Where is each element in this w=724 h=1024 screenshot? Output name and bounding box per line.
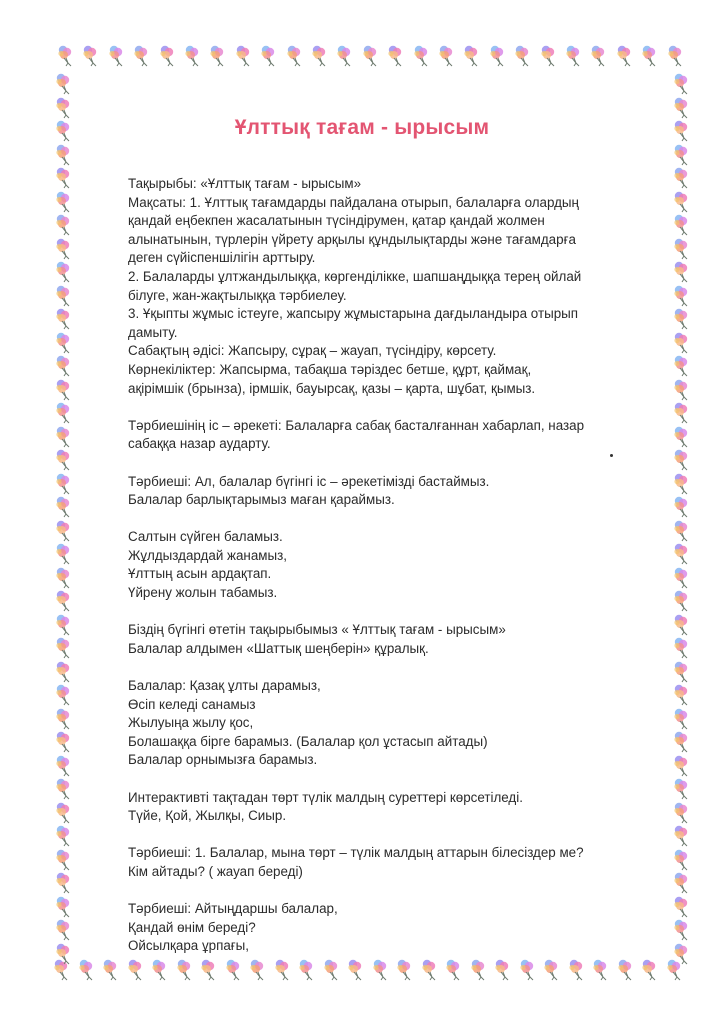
text-line: деген сүйіспеншілігін арттыру. — [128, 249, 708, 268]
text-line: ақірімшік (брынза), ірмшік, бауырсақ, қа… — [128, 380, 708, 399]
paragraph: Тәрбиешінің іс – әрекеті: Балаларға саба… — [128, 417, 708, 454]
balloon-bunch-icon — [672, 72, 692, 96]
text-line: Тәрбиеші: Ал, балалар бүгінгі іс – әреке… — [128, 473, 708, 492]
text-line: Көрнекіліктер: Жапсырма, табақша тәрізде… — [128, 361, 708, 380]
text-line: Қандай өнім береді? — [128, 919, 708, 938]
balloon-bunch-icon — [616, 958, 636, 982]
balloon-bunch-icon — [54, 801, 74, 825]
balloon-bunch-icon — [589, 44, 609, 68]
balloon-bunch-icon — [54, 166, 74, 190]
text-line: Мақсаты: 1. Ұлттық тағамдарды пайдалана … — [128, 194, 708, 213]
balloon-bunch-icon — [54, 895, 74, 919]
balloon-bunch-icon — [666, 44, 686, 68]
text-line: Тәрбиеші: Айтыңдаршы балалар, — [128, 900, 708, 919]
balloon-bunch-icon — [567, 958, 587, 982]
balloon-bunch-icon — [54, 871, 74, 895]
balloon-bunch-icon — [518, 958, 538, 982]
balloon-bunch-icon — [54, 660, 74, 684]
balloon-bunch-icon — [412, 44, 432, 68]
balloon-bunch-icon — [54, 354, 74, 378]
text-line: Интерактивті тақтадан төрт түлік малдың … — [128, 789, 708, 808]
balloon-bunch-icon — [420, 958, 440, 982]
balloon-bunch-icon — [488, 44, 508, 68]
text-line: сабаққа назар аударту. — [128, 435, 708, 454]
balloon-bunch-icon — [54, 425, 74, 449]
balloon-bunch-icon — [56, 44, 76, 68]
text-line: Болашаққа бірге барамыз. (Балалар қол ұс… — [128, 733, 708, 752]
paragraph: Тәрбиеші: Ал, балалар бүгінгі іс – әреке… — [128, 473, 708, 510]
text-line: 3. Ұқыпты жұмыс істеуге, жапсыру жұмыста… — [128, 305, 708, 324]
balloon-bunch-icon — [54, 495, 74, 519]
balloon-bunch-icon — [183, 44, 203, 68]
balloon-bunch-icon — [285, 44, 305, 68]
balloon-bunch-icon — [54, 519, 74, 543]
text-line: алынатынын, түрлерін үйрету арқылы құнды… — [128, 231, 708, 250]
balloon-bunch-icon — [54, 683, 74, 707]
balloon-bunch-icon — [513, 44, 533, 68]
balloon-bunch-icon — [54, 378, 74, 402]
balloon-bunch-icon — [273, 958, 293, 982]
document-body: Тақырыбы: «Ұлттық тағам - ырысым»Мақсаты… — [128, 175, 708, 956]
balloon-bunch-icon — [54, 331, 74, 355]
balloon-bunch-icon — [54, 472, 74, 496]
balloon-bunch-icon — [54, 307, 74, 331]
balloon-bunch-icon — [54, 143, 74, 167]
balloon-bunch-icon — [54, 754, 74, 778]
balloon-bunch-icon — [335, 44, 355, 68]
text-line: Ойсылқара ұрпағы, — [128, 937, 708, 956]
text-line: 2. Балаларды ұлтжандылыққа, көргенділікк… — [128, 268, 708, 287]
balloon-bunch-icon — [54, 237, 74, 261]
balloon-bunch-icon — [54, 589, 74, 613]
paragraph: Балалар: Қазақ ұлты дарамыз,Өсіп келеді … — [128, 677, 708, 770]
balloon-bunch-icon — [386, 44, 406, 68]
paragraph: Тәрбиеші: 1. Балалар, мына төрт – түлік … — [128, 844, 708, 881]
balloon-bunch-icon — [371, 958, 391, 982]
text-line: Тәрбиеші: 1. Балалар, мына төрт – түлік … — [128, 844, 708, 863]
paragraph: Біздің бүгінгі өтетін тақырыбымыз « Ұлтт… — [128, 621, 708, 658]
balloon-bunch-icon — [101, 958, 121, 982]
text-line: Түйе, Қой, Жылқы, Сиыр. — [128, 807, 708, 826]
text-line: Жылуыңа жылу қос, — [128, 714, 708, 733]
balloon-bunch-icon — [542, 958, 562, 982]
text-line: Тақырыбы: «Ұлттық тағам - ырысым» — [128, 175, 708, 194]
balloon-bunch-icon — [208, 44, 228, 68]
balloon-bunch-icon — [539, 44, 559, 68]
balloon-bunch-icon — [224, 958, 244, 982]
balloon-bunch-icon — [322, 958, 342, 982]
balloon-bunch-icon — [54, 213, 74, 237]
balloon-bunch-icon — [158, 44, 178, 68]
balloon-bunch-icon — [126, 958, 146, 982]
balloon-bunch-icon — [615, 44, 635, 68]
balloon-bunch-icon — [54, 72, 74, 96]
text-line: Сабақтың әдісі: Жапсыру, сұрақ – жауап, … — [128, 342, 708, 361]
paragraph: Тақырыбы: «Ұлттық тағам - ырысым»Мақсаты… — [128, 175, 708, 398]
balloon-bunch-icon — [444, 958, 464, 982]
balloon-bunch-icon — [361, 44, 381, 68]
balloon-bunch-icon — [462, 44, 482, 68]
balloon-bunch-icon — [54, 448, 74, 472]
balloon-bunch-icon — [564, 44, 584, 68]
balloon-bunch-icon — [54, 542, 74, 566]
balloon-bunch-icon — [77, 958, 97, 982]
balloon-bunch-icon — [54, 707, 74, 731]
balloon-bunch-icon — [175, 958, 195, 982]
text-line: Салтын сүйген баламыз. — [128, 528, 708, 547]
text-line: Балалар: Қазақ ұлты дарамыз, — [128, 677, 708, 696]
balloon-bunch-icon — [54, 284, 74, 308]
text-line: Тәрбиешінің іс – әрекеті: Балаларға саба… — [128, 417, 708, 436]
balloon-bunch-icon — [591, 958, 611, 982]
balloon-bunch-icon — [297, 958, 317, 982]
page-title: Ұлттық тағам - ырысым — [0, 116, 724, 140]
balloon-bunch-icon — [54, 730, 74, 754]
balloon-bunch-icon — [248, 958, 268, 982]
balloon-bunch-icon — [493, 958, 513, 982]
balloon-bunch-icon — [346, 958, 366, 982]
balloon-bunch-icon — [469, 958, 489, 982]
text-line: Жұлдыздардай жанамыз, — [128, 547, 708, 566]
balloon-bunch-icon — [395, 958, 415, 982]
text-line: Балалар барлықтарымыз маған қараймыз. — [128, 491, 708, 510]
scan-speck — [610, 454, 613, 457]
balloon-bunch-icon — [199, 958, 219, 982]
balloon-bunch-icon — [54, 566, 74, 590]
paragraph: Интерактивті тақтадан төрт түлік малдың … — [128, 789, 708, 826]
text-line: Біздің бүгінгі өтетін тақырыбымыз « Ұлтт… — [128, 621, 708, 640]
text-line: Балалар алдымен «Шаттық шеңберін» құралы… — [128, 640, 708, 659]
balloon-bunch-icon — [640, 44, 660, 68]
balloon-bunch-icon — [259, 44, 279, 68]
balloon-bunch-icon — [54, 942, 74, 966]
balloon-bunch-icon — [107, 44, 127, 68]
paragraph: Тәрбиеші: Айтыңдаршы балалар,Қандай өнім… — [128, 900, 708, 956]
balloon-bunch-icon — [672, 143, 692, 167]
text-line: Балалар орнымызға барамыз. — [128, 751, 708, 770]
balloon-bunch-icon — [54, 918, 74, 942]
balloon-bunch-icon — [234, 44, 254, 68]
text-line: дамыту. — [128, 324, 708, 343]
text-line: қандай еңбекпен жасалатынын түсіндірумен… — [128, 212, 708, 231]
balloon-bunch-icon — [54, 401, 74, 425]
balloon-bunch-icon — [54, 636, 74, 660]
text-line: білуге, жан-жақтылыққа тәрбиелеу. — [128, 287, 708, 306]
balloon-bunch-icon — [54, 613, 74, 637]
text-line: Кім айтады? ( жауап береді) — [128, 863, 708, 882]
balloon-bunch-icon — [54, 848, 74, 872]
balloon-bunch-icon — [310, 44, 330, 68]
balloon-bunch-icon — [54, 260, 74, 284]
balloon-bunch-icon — [54, 777, 74, 801]
balloon-bunch-icon — [150, 958, 170, 982]
balloon-bunch-icon — [640, 958, 660, 982]
paragraph: Салтын сүйген баламыз.Жұлдыздардай жанам… — [128, 528, 708, 602]
balloon-bunch-icon — [54, 190, 74, 214]
balloon-bunch-icon — [81, 44, 101, 68]
text-line: Ұлттың асын ардақтап. — [128, 565, 708, 584]
balloon-bunch-icon — [54, 824, 74, 848]
text-line: Өсіп келеді санамыз — [128, 696, 708, 715]
balloon-bunch-icon — [437, 44, 457, 68]
text-line: Үйрену жолын табамыз. — [128, 584, 708, 603]
balloon-bunch-icon — [132, 44, 152, 68]
